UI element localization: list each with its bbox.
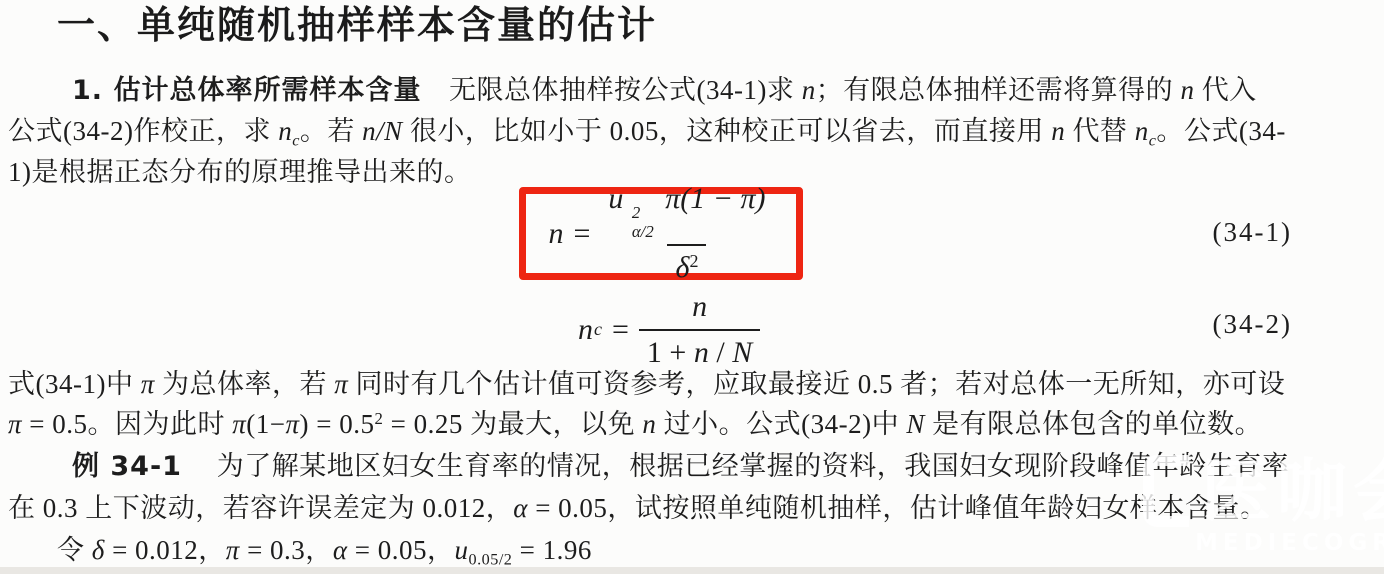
given-values-line: 令 δ = 0.012，π = 0.3，α = 0.05，u0.05/2 = 1… [57,534,592,570]
section-heading: 一、单纯随机抽样样本含量的估计 [57,2,657,50]
highlight-box: n = u 2 α/2 π(1 − π) δ2 [519,187,803,280]
fraction-denominator: 1 + n / N [639,329,760,372]
formula-34-2: nc = n 1 + n / N [578,288,760,371]
fraction-numerator: u 2 α/2 π(1 − π) [600,180,773,244]
paragraph1-line1: 1. 估计总体率所需样本含量 无限总体抽样按公式(34-1)求 n；有限总体抽样… [72,74,1257,108]
page-edge-strip [0,567,1384,574]
example-paragraph-line1: 例 34-1 为了解某地区妇女生育率的情况，根据已经掌握的资料，我国妇女现阶段峰… [72,450,1289,484]
fraction-denominator: δ2 [667,244,706,287]
textbook-page: 一、单纯随机抽样样本含量的估计 1. 估计总体率所需样本含量 无限总体抽样按公式… [0,0,1384,574]
pi-term: π(1 − π) [665,182,765,215]
example-paragraph-line2: 在 0.3 上下波动，若容许误差定为 0.012，α = 0.05，试按照单纯随… [8,492,1267,526]
fraction-numerator: n [684,288,715,329]
paragraph2-line1: 式(34-1)中 π 为总体率，若 π 同时有几个估计值可资参考，应取最接近 0… [8,368,1285,402]
formula-lhs: n [548,215,563,253]
paragraph1-line2: 公式(34-2)作校正，求 nc。若 n/N 很小，比如小于 0.05，这种校正… [8,115,1286,151]
equation-number-34-2: (34-2) [1213,308,1292,342]
u-superscript: 2 [632,203,640,222]
paragraph2-line2: π = 0.5。因为此时 π(1−π) = 0.52 = 0.25 为最大，以免… [8,408,1262,442]
delta-symbol: δ [675,251,689,284]
delta-superscript: 2 [689,251,698,271]
equation-number-34-1: (34-1) [1213,216,1292,250]
u-sup-sub: 2 α/2 [632,203,654,242]
equals-sign: = [573,215,590,253]
n-symbol: n [578,311,593,349]
watermark-latin-text: MEDIECOGROUP [1195,529,1384,558]
formula-34-1: n = u 2 α/2 π(1 − π) δ2 [548,180,773,286]
u-symbol: u [608,182,623,215]
fraction: u 2 α/2 π(1 − π) δ2 [600,180,773,286]
paragraph1-line3: 1)是根据正态分布的原理推导出来的。 [8,156,472,190]
fraction: n 1 + n / N [639,288,760,371]
u-subscript: α/2 [632,222,654,241]
n-subscript-c: c [594,318,602,341]
equals-sign: = [612,311,629,349]
